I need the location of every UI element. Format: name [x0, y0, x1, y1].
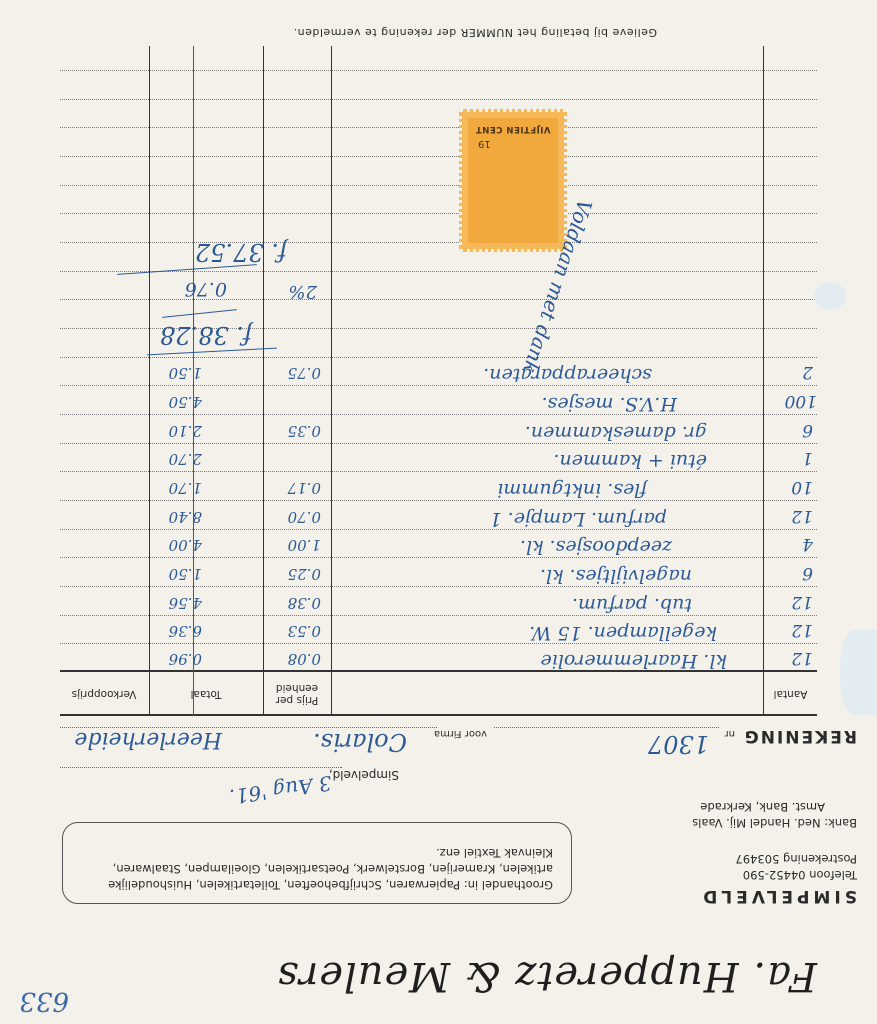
ruled-line — [60, 156, 817, 157]
row-11-desc: scheerapparaten. — [483, 364, 652, 386]
row-1-qty: 12 — [791, 648, 813, 668]
ruled-line — [60, 127, 817, 128]
invoice-date: 3 Aug '61. — [228, 771, 333, 809]
archive-number: 633 — [19, 986, 69, 1016]
row-2-unit: 0.53 — [288, 622, 321, 640]
discount-label: 2% — [288, 281, 317, 302]
ruled-line — [60, 557, 817, 558]
row-4-unit: 0.25 — [288, 565, 321, 583]
row-5-total: 4.00 — [169, 536, 202, 554]
ruled-line — [60, 357, 817, 358]
ruled-line — [60, 615, 817, 616]
row-9-unit: 0.35 — [288, 422, 321, 440]
row-1-total: 0.96 — [169, 650, 202, 668]
row-4-desc: nagelvijltjes. kl. — [540, 565, 692, 587]
payment-instruction: Gelieve bij betaling het NUMMER der reke… — [293, 26, 657, 39]
row-5-qty: 4 — [802, 534, 813, 554]
row-7-unit: 0.17 — [288, 479, 321, 497]
row-1-desc: kl. Haarlemmerolie — [541, 650, 728, 672]
header-total: Totaal — [150, 688, 262, 700]
stamp-year: 19 — [478, 138, 491, 149]
row-2-desc: kegellampen. 15 W. — [529, 622, 717, 644]
punch-hole — [814, 282, 846, 310]
ruled-line — [60, 414, 817, 415]
bank-line-2: Amst. Bank, Kerkrade — [692, 799, 857, 815]
row-8-total: 2.70 — [169, 450, 202, 468]
discount-amount: 0.76 — [185, 278, 227, 300]
torn-edge — [840, 630, 877, 715]
ruled-line — [60, 99, 817, 100]
row-3-qty: 12 — [791, 592, 813, 612]
bank-line-1: Bank: Ned. Handel Mij. Vaals — [692, 815, 857, 831]
invoice-number-line — [494, 727, 719, 728]
customer-name: Colaris. — [313, 728, 407, 756]
row-8-qty: 1 — [802, 448, 813, 468]
row-3-unit: 0.38 — [288, 594, 321, 612]
firm-logo: Fa. Hupperetz & Meulers — [277, 953, 817, 999]
invoice-document: Fa. Hupperetz & Meulers SIMPELVELD Telef… — [0, 0, 877, 1024]
row-10-qty: 100 — [785, 391, 817, 411]
row-8-desc: étui + kammen. — [553, 450, 707, 472]
firm-label: voor Firma — [434, 728, 487, 739]
row-6-total: 8.40 — [169, 508, 202, 526]
header-unit-price: Prijs per eenheid — [264, 682, 330, 706]
row-9-desc: gr. dameskammen. — [525, 422, 707, 444]
trade-description-box: Groothandel in: Papierwaren, Schrijfbeho… — [62, 822, 572, 904]
firm-contact: Telefoon 04452-590 Postrekening 503497 — [735, 851, 857, 882]
postal-account: Postrekening 503497 — [735, 851, 857, 867]
table-header-top-border — [60, 714, 817, 716]
place-label: Simpelveld, — [329, 768, 399, 782]
invoice-number: 1307 — [648, 730, 709, 758]
invoice-number-label: nr — [725, 728, 735, 739]
row-9-qty: 6 — [802, 420, 813, 440]
ruled-line — [60, 242, 817, 243]
row-3-desc: tub. parfum. — [572, 594, 692, 616]
invoice-title: REKENING — [743, 726, 857, 746]
row-11-unit: 0.75 — [288, 364, 321, 382]
row-3-total: 4.56 — [169, 594, 202, 612]
ruled-line — [60, 385, 817, 386]
row-6-unit: 0.70 — [288, 508, 321, 526]
row-7-qty: 10 — [791, 477, 813, 497]
date-line — [60, 767, 342, 768]
bank-details: Bank: Ned. Handel Mij. Vaals Amst. Bank,… — [692, 799, 857, 830]
row-6-desc: parfum. Lampje. 1 — [490, 508, 667, 530]
customer-place: Heerlerheide — [74, 727, 222, 752]
revenue-stamp: 19 VIJFTIEN CENT — [459, 109, 567, 252]
grand-total: f. 37.52 — [195, 238, 287, 266]
phone-number: Telefoon 04452-590 — [735, 867, 857, 883]
row-7-total: 1.70 — [169, 479, 202, 497]
stamp-value: VIJFTIEN CENT — [468, 124, 558, 134]
row-11-total: 1.50 — [169, 364, 202, 382]
ruled-line — [60, 586, 817, 587]
ruled-line — [60, 185, 817, 186]
subtotal: f. 38.28 — [160, 321, 252, 349]
row-6-qty: 12 — [791, 506, 813, 526]
row-10-desc: H.V.S. mesjes. — [542, 393, 677, 415]
firm-city: SIMPELVELD — [699, 886, 857, 906]
row-9-total: 2.10 — [169, 422, 202, 440]
row-4-total: 1.50 — [169, 565, 202, 583]
ruled-line — [60, 213, 817, 214]
row-1-unit: 0.08 — [288, 650, 321, 668]
rotated-invoice-sheet: Fa. Hupperetz & Meulers SIMPELVELD Telef… — [0, 0, 877, 1024]
stamp-design: 19 VIJFTIEN CENT — [468, 118, 558, 243]
ruled-line — [60, 299, 817, 300]
row-11-qty: 2 — [802, 362, 813, 382]
row-4-qty: 6 — [802, 563, 813, 583]
ruled-line — [60, 271, 817, 272]
row-2-qty: 12 — [791, 620, 813, 640]
row-10-total: 4.50 — [169, 393, 202, 411]
ruled-line — [60, 70, 817, 71]
row-5-desc: zeepdoosjes. kl. — [520, 536, 672, 558]
header-quantity: Aantal — [764, 688, 817, 700]
row-5-unit: 1.00 — [288, 536, 321, 554]
discount-double-underline — [162, 309, 237, 318]
ruled-line — [60, 529, 817, 530]
ruled-line — [60, 500, 817, 501]
header-retail-price: Verkoopprijs — [60, 688, 148, 700]
row-7-desc: fles. inktgummi — [497, 479, 647, 501]
row-2-total: 6.36 — [169, 622, 202, 640]
